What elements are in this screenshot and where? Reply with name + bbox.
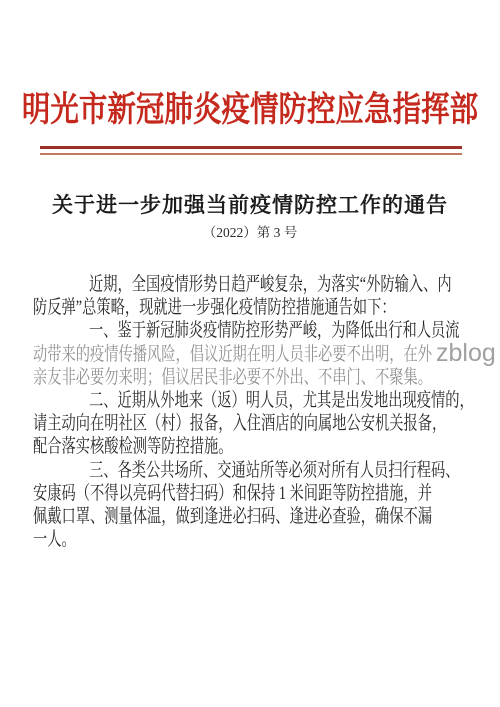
body-lines: 近期，全国疫情形势日趋严峻复杂，为落实“外防输入、内防反弹”总策略，现就进一步强… bbox=[33, 273, 500, 551]
body-line: 一人。 bbox=[33, 528, 500, 551]
body-line: 配合落实核酸检测等防控措施。 bbox=[33, 435, 500, 458]
body-line-text: 防反弹”总策略，现就进一步强化疫情防控措施通告如下： bbox=[33, 296, 396, 319]
notice-doc-number: （2022）第 3 号 bbox=[0, 221, 500, 241]
body-line-text: 二、近期从外地来（返）明人员，尤其是出发地出现疫情的， bbox=[89, 389, 474, 412]
watermark: zblog bbox=[436, 338, 496, 368]
letterhead-divider bbox=[40, 146, 462, 155]
letterhead-divider-thin-rule bbox=[40, 153, 462, 155]
notice-title: 关于进一步加强当前疫情防控工作的通告 bbox=[0, 189, 500, 219]
body-line-text: 动带来的疫情传播风险，倡议近期在明人员非必要不出明，在外 bbox=[33, 343, 432, 366]
body-line: 亲友非必要勿来明；倡议居民非必要不外出、不串门、不聚集。 bbox=[33, 366, 500, 389]
body-line: 二、近期从外地来（返）明人员，尤其是出发地出现疫情的， bbox=[33, 389, 500, 412]
body-line-text: 佩戴口罩、测量体温，做到逢进必扫码、逢进必查验，确保不漏 bbox=[33, 505, 432, 528]
body-line-text: 一人。 bbox=[33, 528, 76, 551]
body-line-text: 三、各类公共场所、交通站所等必须对所有人员扫行程码、 bbox=[89, 459, 460, 482]
letterhead-divider-thick-rule bbox=[40, 146, 462, 149]
body-line: 近期，全国疫情形势日趋严峻复杂，为落实“外防输入、内 bbox=[33, 273, 500, 296]
body-line: 安康码（不得以亮码代替扫码）和保持 1 米间距等防控措施，并 bbox=[33, 482, 500, 505]
body-line-text: 请主动向在明社区（村）报备，入住酒店的向属地公安机关报备， bbox=[33, 412, 446, 435]
body-line-text: 亲友非必要勿来明；倡议居民非必要不外出、不串门、不聚集。 bbox=[33, 366, 432, 389]
body-line-text: 近期，全国疫情形势日趋严峻复杂，为落实“外防输入、内 bbox=[89, 273, 452, 296]
body-line: 三、各类公共场所、交通站所等必须对所有人员扫行程码、 bbox=[33, 459, 500, 482]
body-line-text: 一、鉴于新冠肺炎疫情防控形势严峻，为降低出行和人员流 bbox=[89, 319, 460, 342]
letterhead-org-title: 明光市新冠肺炎疫情防控应急指挥部 bbox=[0, 90, 500, 130]
body-line: 佩戴口罩、测量体温，做到逢进必扫码、逢进必查验，确保不漏 bbox=[33, 505, 500, 528]
body-line: 防反弹”总策略，现就进一步强化疫情防控措施通告如下： bbox=[33, 296, 500, 319]
document-page: 明光市新冠肺炎疫情防控应急指挥部 关于进一步加强当前疫情防控工作的通告 （202… bbox=[0, 0, 500, 707]
body-line: 一、鉴于新冠肺炎疫情防控形势严峻，为降低出行和人员流 bbox=[33, 319, 500, 342]
body-line: 请主动向在明社区（村）报备，入住酒店的向属地公安机关报备， bbox=[33, 412, 500, 435]
body-line-text: 安康码（不得以亮码代替扫码）和保持 1 米间距等防控措施，并 bbox=[33, 482, 432, 505]
letterhead-org-title-text: 明光市新冠肺炎疫情防控应急指挥部 bbox=[22, 88, 478, 133]
body-line-text: 配合落实核酸检测等防控措施。 bbox=[33, 435, 233, 458]
body-line: 动带来的疫情传播风险，倡议近期在明人员非必要不出明，在外 bbox=[33, 343, 500, 366]
